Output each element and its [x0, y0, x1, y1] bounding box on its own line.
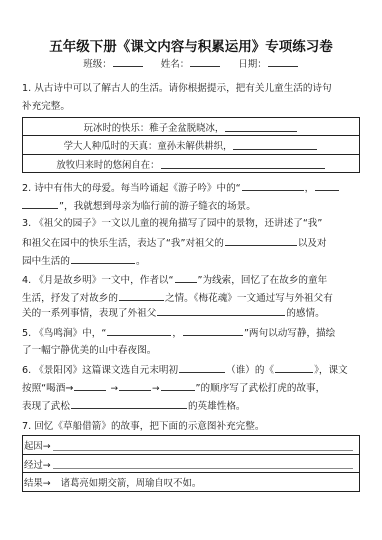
- q3-text: 园中生活的: [22, 256, 70, 267]
- q6-blank-character[interactable]: [71, 399, 187, 409]
- q6-text: 6. 《景阳冈》这篇课文选自元末明初: [22, 365, 178, 376]
- q6-blank-author[interactable]: [179, 363, 225, 373]
- q2-comma: ，: [305, 183, 315, 194]
- name-label: 姓名：: [161, 59, 190, 70]
- q5-text: ”两句以动写静，描绘: [244, 328, 335, 339]
- q6-text: ”的顺序写了武松打虎的故事，: [196, 383, 326, 394]
- q5-comma: ，: [172, 328, 182, 339]
- q7-cause-blank[interactable]: [53, 440, 353, 451]
- q7-row-cause: 起因→: [23, 436, 359, 455]
- q4-blank-1[interactable]: [175, 273, 197, 283]
- name-blank[interactable]: [190, 57, 220, 67]
- q5-line2: 了一幅宁静优美的山中春夜图。: [22, 344, 362, 357]
- q6-text: （谁）的《: [226, 365, 274, 376]
- q2-text: ”，我就想到母亲为临行前的游子缝衣的场景。: [59, 201, 256, 212]
- q7-row-label: 起因→: [24, 438, 51, 452]
- q4-text: 4. 《月是故乡明》一文中，作者以“: [22, 275, 174, 286]
- q7-row-process: 经过→: [23, 455, 359, 473]
- class-label: 班级：: [83, 59, 112, 70]
- arrow-right-icon: →: [152, 384, 160, 394]
- q3-text: 和祖父在园中的快乐生活，表达了“我”对祖父的: [22, 238, 224, 249]
- arrow-right-icon: →: [110, 384, 118, 394]
- q7-process-blank[interactable]: [53, 458, 353, 469]
- q2-blank-2-cont[interactable]: [22, 199, 58, 209]
- q1-row-melon: 学大人种瓜时的天真：童孙未解供耕织，: [23, 136, 359, 155]
- worksheet-title: 五年级下册《课文内容与积累运用》专项练习卷: [0, 35, 382, 55]
- q1-row-prompt: 玩冰时的快乐：稚子金盆脱晓冰，: [84, 120, 225, 134]
- q2-line1: 2. 诗中有伟大的母爱。每当吟诵起《游子吟》中的“，: [22, 181, 362, 195]
- q2-text: 2. 诗中有伟大的母爱。每当吟诵起《游子吟》中的“: [22, 183, 241, 194]
- q7-prompt: 7. 回忆《草船借箭》的故事，把下面的示意图补充完整。: [22, 420, 362, 433]
- q4-text: 的感情。: [286, 308, 324, 319]
- q1-line1: 1. 从古诗中可以了解古人的生活。请你根据提示，把有关儿童生活的诗句: [22, 82, 362, 95]
- q5-blank-1[interactable]: [107, 326, 171, 336]
- q6-line2: 按照“喝酒→ →→”的顺序写了武松打虎的故事，: [22, 381, 362, 396]
- class-blank[interactable]: [113, 57, 143, 67]
- q4-blank-2[interactable]: [119, 291, 164, 301]
- q7-row-label: 经过→: [24, 457, 51, 471]
- q6-text: 的英雄性格。: [188, 401, 246, 412]
- q6-line1: 6. 《景阳冈》这篇课文选自元末明初（谁）的《》，课文: [22, 363, 362, 377]
- q1-line2: 补充完整。: [22, 100, 362, 113]
- q7-row-result: 结果→诸葛亮如期交箭，周瑜自叹不如。: [23, 473, 359, 491]
- date-field: 日期：: [238, 59, 299, 70]
- q3-line3: 园中生活的。: [22, 254, 362, 268]
- q3-blank-2[interactable]: [71, 254, 135, 264]
- date-label: 日期：: [238, 59, 267, 70]
- q3-line2: 和祖父在园中的快乐生活，表达了“我”对祖父的以及对: [22, 236, 362, 250]
- q6-blank-step-3[interactable]: [161, 381, 195, 391]
- q4-line1: 4. 《月是故乡明》一文中，作者以“”为线索，回忆了在故乡的童年: [22, 273, 362, 287]
- q5-blank-2[interactable]: [183, 326, 243, 336]
- name-field: 姓名：: [161, 59, 225, 70]
- q5-text: 5. 《鸟鸣涧》中，“: [22, 328, 106, 339]
- q3-text: 以及对: [298, 238, 327, 249]
- q4-text: 之情。《梅花魂》一文通过写与外祖父有: [165, 293, 333, 304]
- q6-blank-book[interactable]: [275, 363, 313, 373]
- q1-answer-blank[interactable]: [225, 122, 297, 132]
- q3-blank-1[interactable]: [225, 236, 297, 246]
- class-field: 班级：: [83, 59, 147, 70]
- q4-text: 关的一系列事情，表现了外祖父: [22, 308, 156, 319]
- q1-answer-blank[interactable]: [233, 140, 317, 150]
- q6-blank-step-1[interactable]: [74, 381, 106, 391]
- q4-line3: 关的一系列事情，表现了外祖父的感情。: [22, 306, 362, 320]
- q7-result-text: 诸葛亮如期交箭，周瑜自叹不如。: [61, 475, 202, 489]
- student-info-row: 班级： 姓名： 日期：: [0, 56, 382, 70]
- q7-story-diagram: 起因→ 经过→ 结果→诸葛亮如期交箭，周瑜自叹不如。: [22, 435, 360, 492]
- q6-text: 》，课文: [314, 365, 348, 376]
- q6-line3: 表现了武松的英雄性格。: [22, 399, 362, 413]
- q1-row-herding: 放牧归来时的悠闲自在：: [23, 155, 359, 172]
- q6-text: 按照“喝酒→: [22, 383, 73, 394]
- q6-text: 表现了武松: [22, 401, 70, 412]
- q2-blank-2[interactable]: [315, 181, 339, 191]
- date-blank[interactable]: [268, 57, 298, 67]
- q1-row-ice: 玩冰时的快乐：稚子金盆脱晓冰，: [23, 118, 359, 136]
- q1-row-prompt: 放牧归来时的悠闲自在：: [56, 157, 159, 171]
- q1-answer-blank[interactable]: [161, 159, 325, 169]
- q4-line2: 生活，抒发了对故乡的之情。《梅花魂》一文通过写与外祖父有: [22, 291, 362, 305]
- worksheet-page: 五年级下册《课文内容与积累运用》专项练习卷 班级： 姓名： 日期： 1. 从古诗…: [0, 0, 382, 540]
- q4-blank-3[interactable]: [157, 306, 285, 316]
- q4-text: ”为线索，回忆了在故乡的童年: [198, 275, 328, 286]
- q1-poem-table: 玩冰时的快乐：稚子金盆脱晓冰， 学大人种瓜时的天真：童孙未解供耕织， 放牧归来时…: [22, 117, 360, 173]
- q3-line1: 3. 《祖父的园子》一文以儿童的视角描写了园中的景物，还讲述了“我”: [22, 217, 362, 230]
- q5-line1: 5. 《鸟鸣涧》中，“，”两句以动写静，描绘: [22, 326, 362, 340]
- q2-blank-1[interactable]: [242, 181, 304, 191]
- q4-text: 生活，抒发了对故乡的: [22, 293, 118, 304]
- q6-blank-step-2[interactable]: [119, 381, 151, 391]
- q2-line2: ”，我就想到母亲为临行前的游子缝衣的场景。: [22, 199, 362, 213]
- q7-row-label: 结果→: [24, 475, 51, 489]
- q1-row-prompt: 学大人种瓜时的天真：童孙未解供耕织，: [64, 138, 233, 152]
- q3-text: 。: [136, 256, 146, 267]
